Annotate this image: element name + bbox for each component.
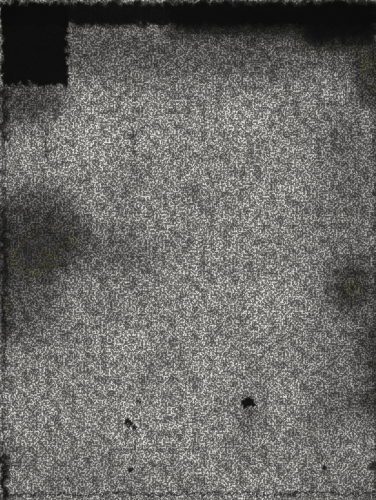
scanned-page: [0, 0, 376, 500]
edge-vignette: [0, 0, 376, 500]
scan-image: [0, 0, 376, 500]
